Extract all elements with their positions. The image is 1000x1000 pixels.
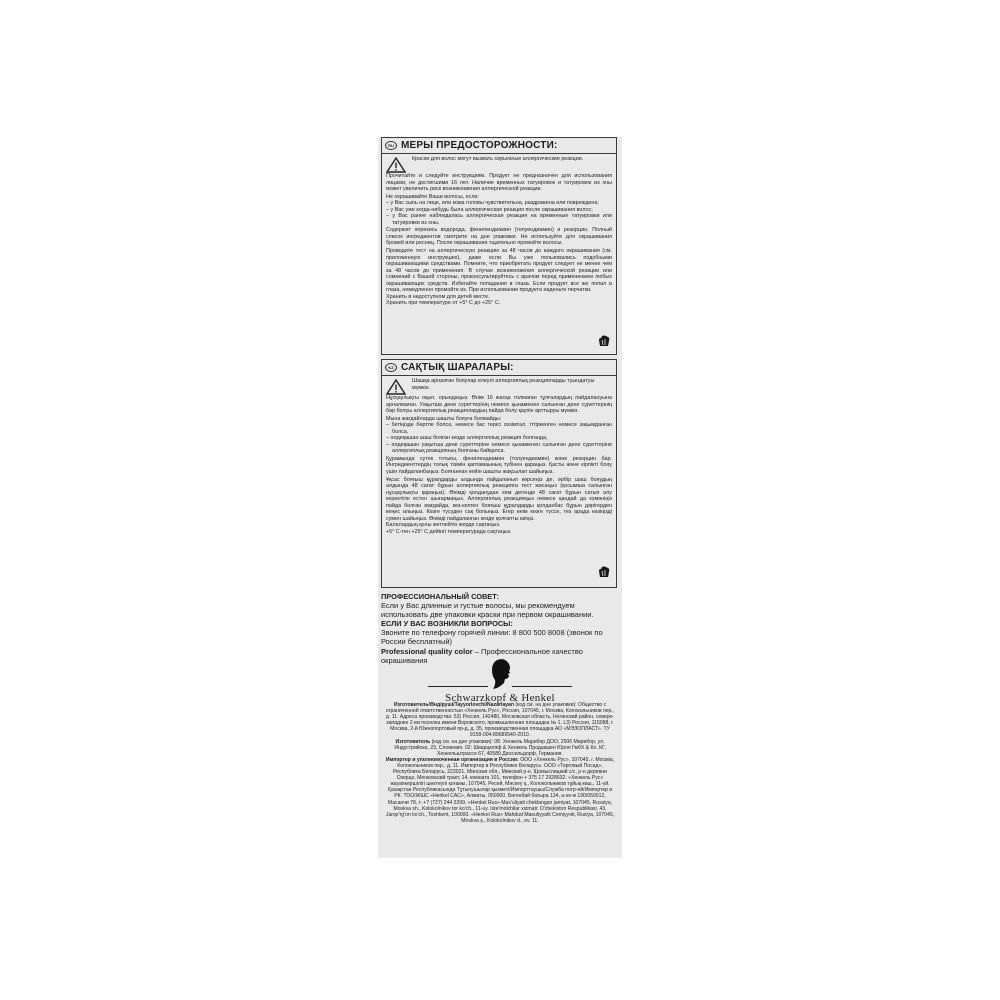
warning-triangle-icon xyxy=(386,379,406,395)
storage-temperature-text: Хранить при температуре от +5° С до +25°… xyxy=(386,300,612,307)
importer-text: ООО «Хенкель Рус», 107045, г. Москва, Ко… xyxy=(386,757,614,824)
precautions-ru-body: Краски для волос могут вызвать серьезные… xyxy=(382,154,616,307)
precautions-ru-header: RU МЕРЫ ПРЕДОСТОРОЖНОСТИ: xyxy=(382,138,616,154)
warning-triangle-icon xyxy=(386,157,406,173)
gloves-icon xyxy=(597,565,611,579)
language-badge-icon: RU xyxy=(385,141,397,150)
logo-rule-right xyxy=(512,686,572,687)
allergy-warning-text: Краски для волос могут вызвать серьезные… xyxy=(412,156,583,163)
logo-rule-left xyxy=(428,686,488,687)
allergy-test-text: Ұқсас бояғыш құралдарды алдында пайдалан… xyxy=(386,477,612,523)
manufacturer-text: (код см. на дне упаковки): Общество с ог… xyxy=(386,702,614,738)
condition-item: – у Вас ранее наблюдалась аллергическая … xyxy=(386,213,612,226)
precautions-kz-box: KZ САҚТЫҚ ШАРАЛАРЫ: Шашқа арналған бояул… xyxy=(381,359,617,588)
importer-label: Импортер и уполномоченная организация в … xyxy=(386,757,519,763)
manufacturer2-label: Изготовитель xyxy=(395,739,430,745)
gloves-icon xyxy=(597,334,611,348)
allergy-test-text: Проводите тест на аллергическую реакцию … xyxy=(386,248,612,294)
package-back-panel: RU МЕРЫ ПРЕДОСТОРОЖНОСТИ: Краски для вол… xyxy=(378,137,622,858)
condition-item: – бетіңізде бөртпе болса, немесе бас тер… xyxy=(386,422,612,435)
silhouette-logo-icon xyxy=(489,658,513,690)
condition-item: – у Вас сыпь на лице, или кожа головы чу… xyxy=(386,200,612,207)
precautions-kz-title: САҚТЫҚ ШАРАЛАРЫ: xyxy=(401,362,514,373)
hotline-text: Звоните по телефону горячей линии: 8 800… xyxy=(381,628,617,646)
precautions-kz-body: Шашқа арналған бояулар елеулі аллергиялы… xyxy=(382,376,616,535)
pro-tip-text: Если у Вас длинные и густые волосы, мы р… xyxy=(381,601,617,619)
precautions-ru-title: МЕРЫ ПРЕДОСТОРОЖНОСТИ: xyxy=(401,140,558,151)
allergy-warning: Краски для волос могут вызвать серьезные… xyxy=(386,156,612,173)
quality-bold: Professional quality color xyxy=(381,647,473,656)
info-section: ПРОФЕССИОНАЛЬНЫЙ СОВЕТ: Если у Вас длинн… xyxy=(381,592,617,665)
questions-heading: ЕСЛИ У ВАС ВОЗНИКЛИ ВОПРОСЫ: xyxy=(381,619,617,628)
condition-item: – әлдеқашан уақытша дене суреттеріне нем… xyxy=(386,442,612,455)
allergy-warning: Шашқа арналған бояулар елеулі аллергиялы… xyxy=(386,378,612,395)
storage-temperature-text: +5° С-тен +25° С дейінгі температурада с… xyxy=(386,529,612,536)
precautions-ru-box: RU МЕРЫ ПРЕДОСТОРОЖНОСТИ: Краски для вол… xyxy=(381,137,617,355)
precautions-kz-header: KZ САҚТЫҚ ШАРАЛАРЫ: xyxy=(382,360,616,376)
allergy-warning-text: Шашқа арналған бояулар елеулі аллергиялы… xyxy=(412,378,612,391)
instructions-text: Нұсқаулықты оқып, орындаңыз. Өнім 16 жас… xyxy=(386,395,612,415)
pro-tip-heading: ПРОФЕССИОНАЛЬНЫЙ СОВЕТ: xyxy=(381,592,617,601)
language-badge-icon: KZ xyxy=(385,363,397,372)
ingredients-text: Құрамында сутек тотығы, фенилендиамин (т… xyxy=(386,456,612,476)
ingredients-text: Содержит перекись водорода, фенилендиами… xyxy=(386,227,612,247)
instructions-text: Прочитайте и следуйте инструкциям. Проду… xyxy=(386,173,612,193)
legal-text: Изготовитель/Өндіруші/Tayyorlovchi/Nazar… xyxy=(384,702,616,824)
